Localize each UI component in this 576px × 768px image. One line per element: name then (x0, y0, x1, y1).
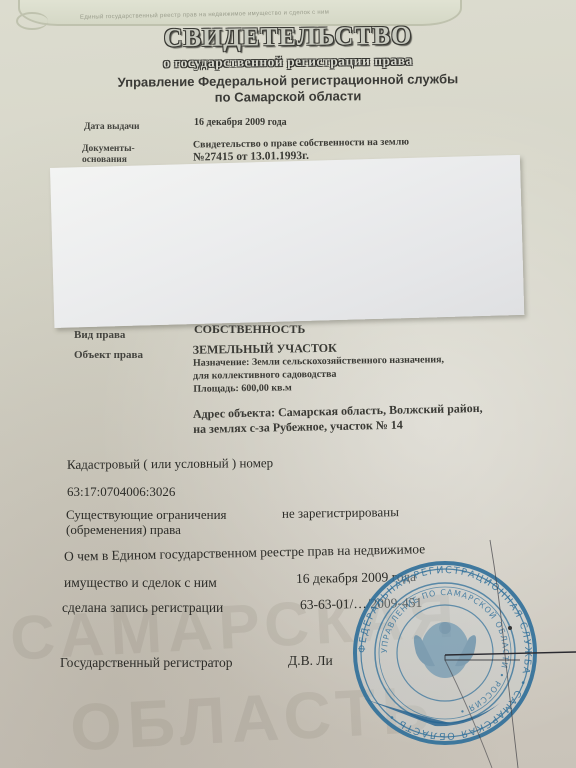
certificate-document: САМАРСКАЯ ОБЛАСТЬ Единый государственный… (0, 0, 576, 768)
registrar-signature (0, 0, 576, 768)
